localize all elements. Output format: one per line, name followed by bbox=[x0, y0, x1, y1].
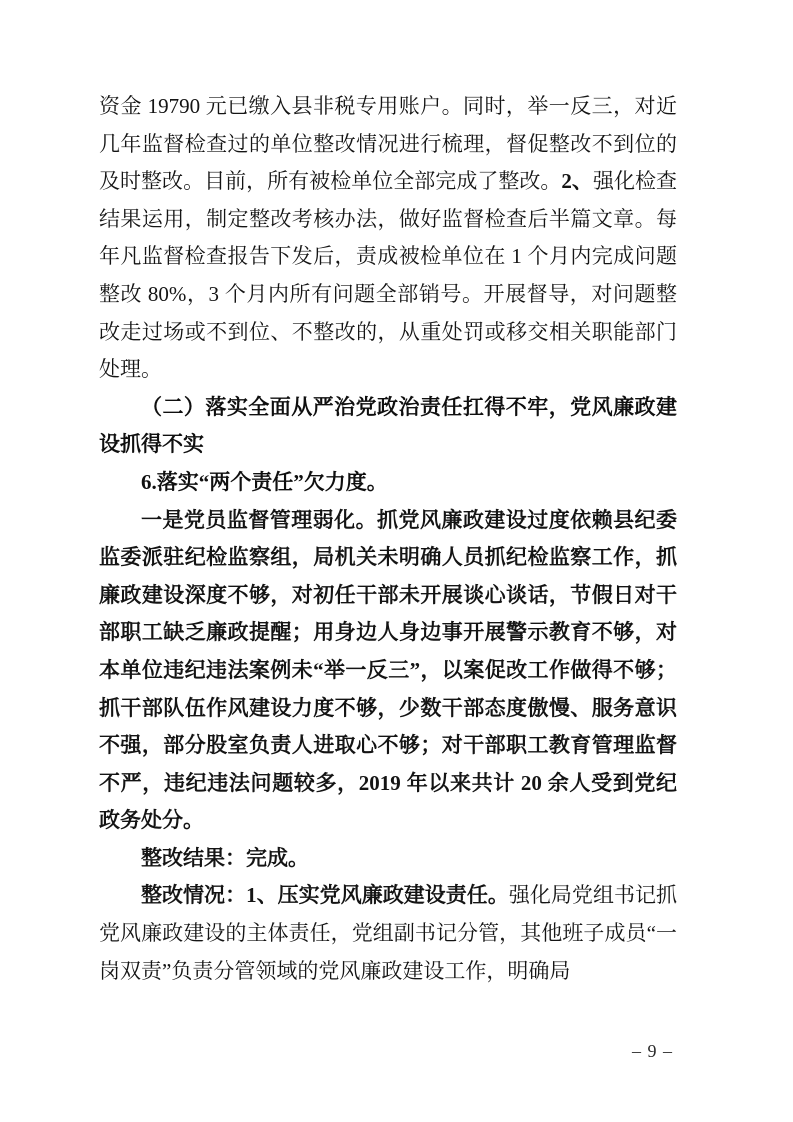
body-text-run: 强化检查结果运用，制定整改考核办法，做好监督检查后半篇文章。每年凡监督检查报告下… bbox=[99, 169, 677, 381]
document-page: 资金 19790 元已缴入县非税专用账户。同时，举一反三，对近几年监督检查过的单… bbox=[0, 0, 793, 1122]
page-number: – 9 – bbox=[632, 1040, 673, 1062]
paragraph-rectification-funds: 资金 19790 元已缴入县非税专用账户。同时，举一反三，对近几年监督检查过的单… bbox=[99, 88, 677, 389]
paragraph-rectification-result: 整改结果：完成。 bbox=[99, 840, 677, 878]
section-heading-two: （二）落实全面从严治党政治责任扛得不牢，党风廉政建设抓得不实 bbox=[99, 389, 677, 464]
bold-list-number: 2、 bbox=[561, 169, 593, 193]
paragraph-rectification-status: 整改情况：1、压实党风廉政建设责任。强化局党组书记抓党风廉政建设的主体责任，党组… bbox=[99, 877, 677, 990]
bold-lead-in: 整改情况：1、压实党风廉政建设责任。 bbox=[141, 883, 509, 907]
document-body: 资金 19790 元已缴入县非税专用账户。同时，举一反三，对近几年监督检查过的单… bbox=[99, 88, 677, 990]
subsection-heading-6: 6.落实“两个责任”欠力度。 bbox=[99, 464, 677, 502]
paragraph-problem-description: 一是党员监督管理弱化。抓党风廉政建设过度依赖县纪委监委派驻纪检监察组，局机关未明… bbox=[99, 502, 677, 840]
